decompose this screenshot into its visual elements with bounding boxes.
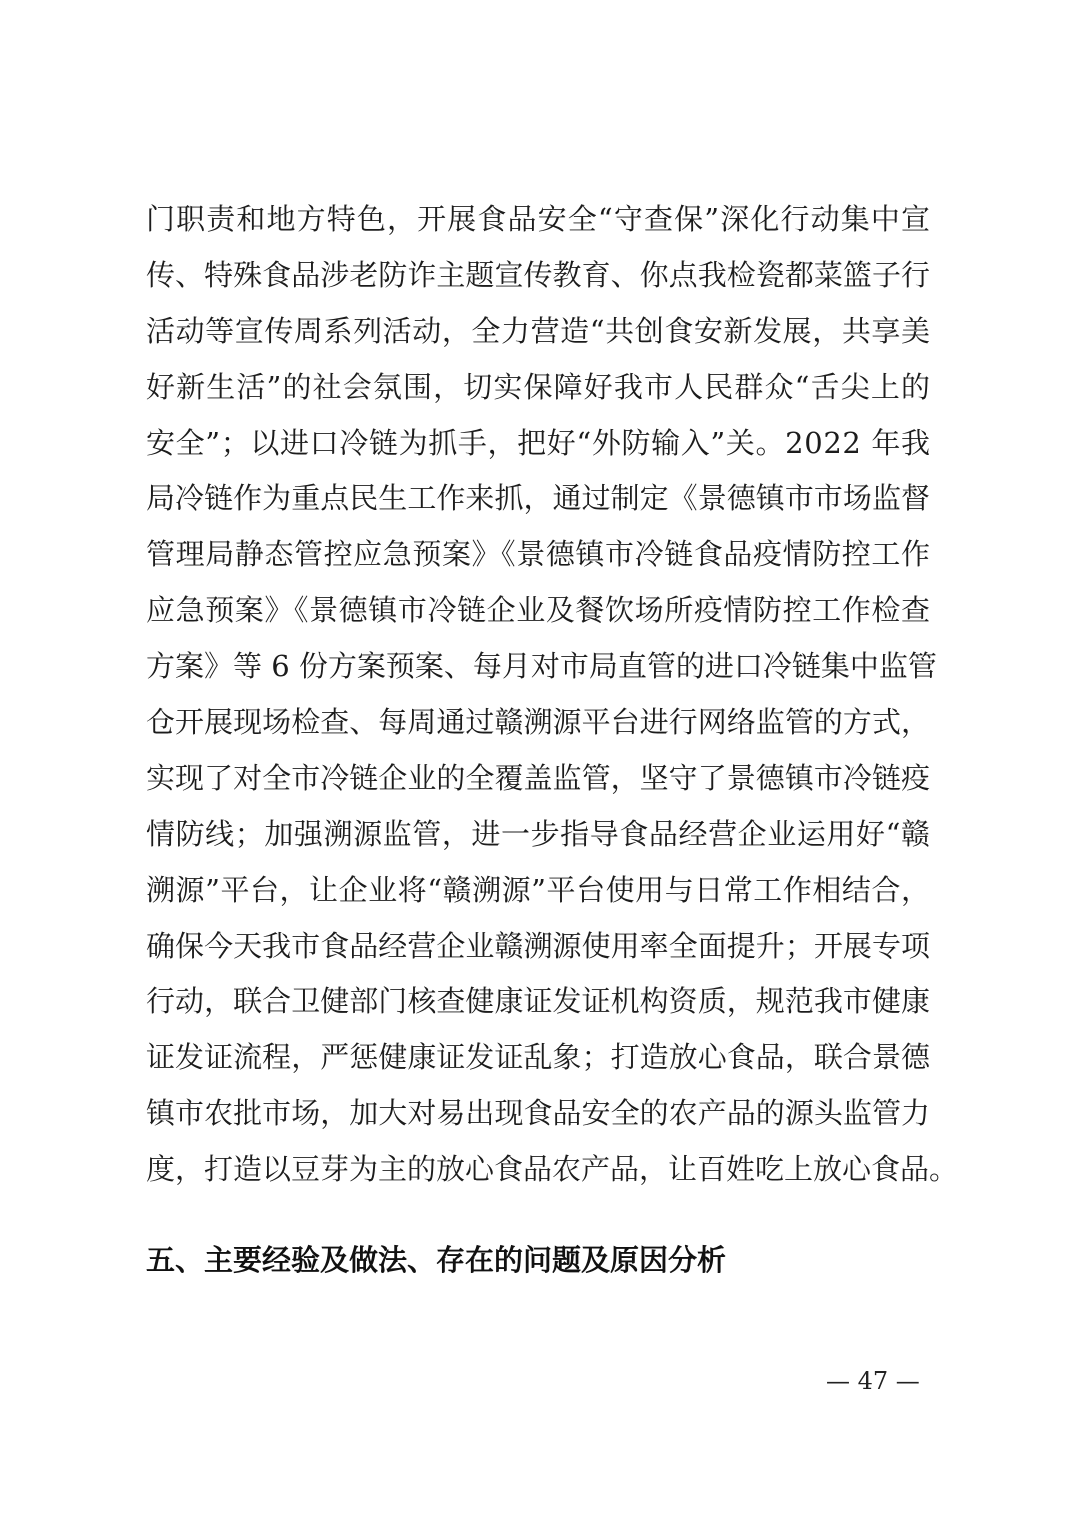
paragraph-line: 活动等宣传周系列活动，全力营造“共创食安新发展，共享美 — [146, 304, 946, 360]
page-number: — 47 — — [826, 1366, 920, 1396]
paragraph-line: 管理局静态管控应急预案》《景德镇市冷链食品疫情防控工作 — [146, 527, 946, 583]
paragraph-line: 门职责和地方特色，开展食品安全“守查保”深化行动集中宣 — [146, 192, 946, 248]
paragraph-line: 好新生活”的社会氛围，切实保障好我市人民群众“舌尖上的 — [146, 360, 946, 416]
paragraph-line: 度，打造以豆芽为主的放心食品农产品，让百姓吃上放心食品。 — [146, 1142, 946, 1198]
paragraph-line: 行动，联合卫健部门核查健康证发证机构资质，规范我市健康 — [146, 974, 946, 1030]
paragraph-line: 镇市农批市场，加大对易出现食品安全的农产品的源头监管力 — [146, 1086, 946, 1142]
paragraph-line: 实现了对全市冷链企业的全覆盖监管，坚守了景德镇市冷链疫 — [146, 751, 946, 807]
paragraph-line: 仓开展现场检查、每周通过赣溯源平台进行网络监管的方式， — [146, 695, 946, 751]
body-paragraph: 门职责和地方特色，开展食品安全“守查保”深化行动集中宣 传、特殊食品涉老防诈主题… — [146, 192, 946, 1198]
paragraph-line: 应急预案》《景德镇市冷链企业及餐饮场所疫情防控工作检查 — [146, 583, 946, 639]
paragraph-line: 证发证流程，严惩健康证发证乱象；打造放心食品，联合景德 — [146, 1030, 946, 1086]
section-heading: 五、主要经验及做法、存在的问题及原因分析 — [146, 1240, 726, 1280]
paragraph-line: 溯源”平台，让企业将“赣溯源”平台使用与日常工作相结合， — [146, 863, 946, 919]
paragraph-line: 传、特殊食品涉老防诈主题宣传教育、你点我检瓷都菜篮子行 — [146, 248, 946, 304]
paragraph-line: 局冷链作为重点民生工作来抓，通过制定《景德镇市市场监督 — [146, 471, 946, 527]
paragraph-line: 确保今天我市食品经营企业赣溯源使用率全面提升；开展专项 — [146, 919, 946, 975]
paragraph-line: 方案》等 6 份方案预案、每月对市局直管的进口冷链集中监管 — [146, 639, 946, 695]
document-page: 门职责和地方特色，开展食品安全“守查保”深化行动集中宣 传、特殊食品涉老防诈主题… — [0, 0, 1074, 1520]
paragraph-line: 安全”；以进口冷链为抓手，把好“外防输入”关。2022 年我 — [146, 416, 946, 472]
paragraph-line: 情防线；加强溯源监管，进一步指导食品经营企业运用好“赣 — [146, 807, 946, 863]
